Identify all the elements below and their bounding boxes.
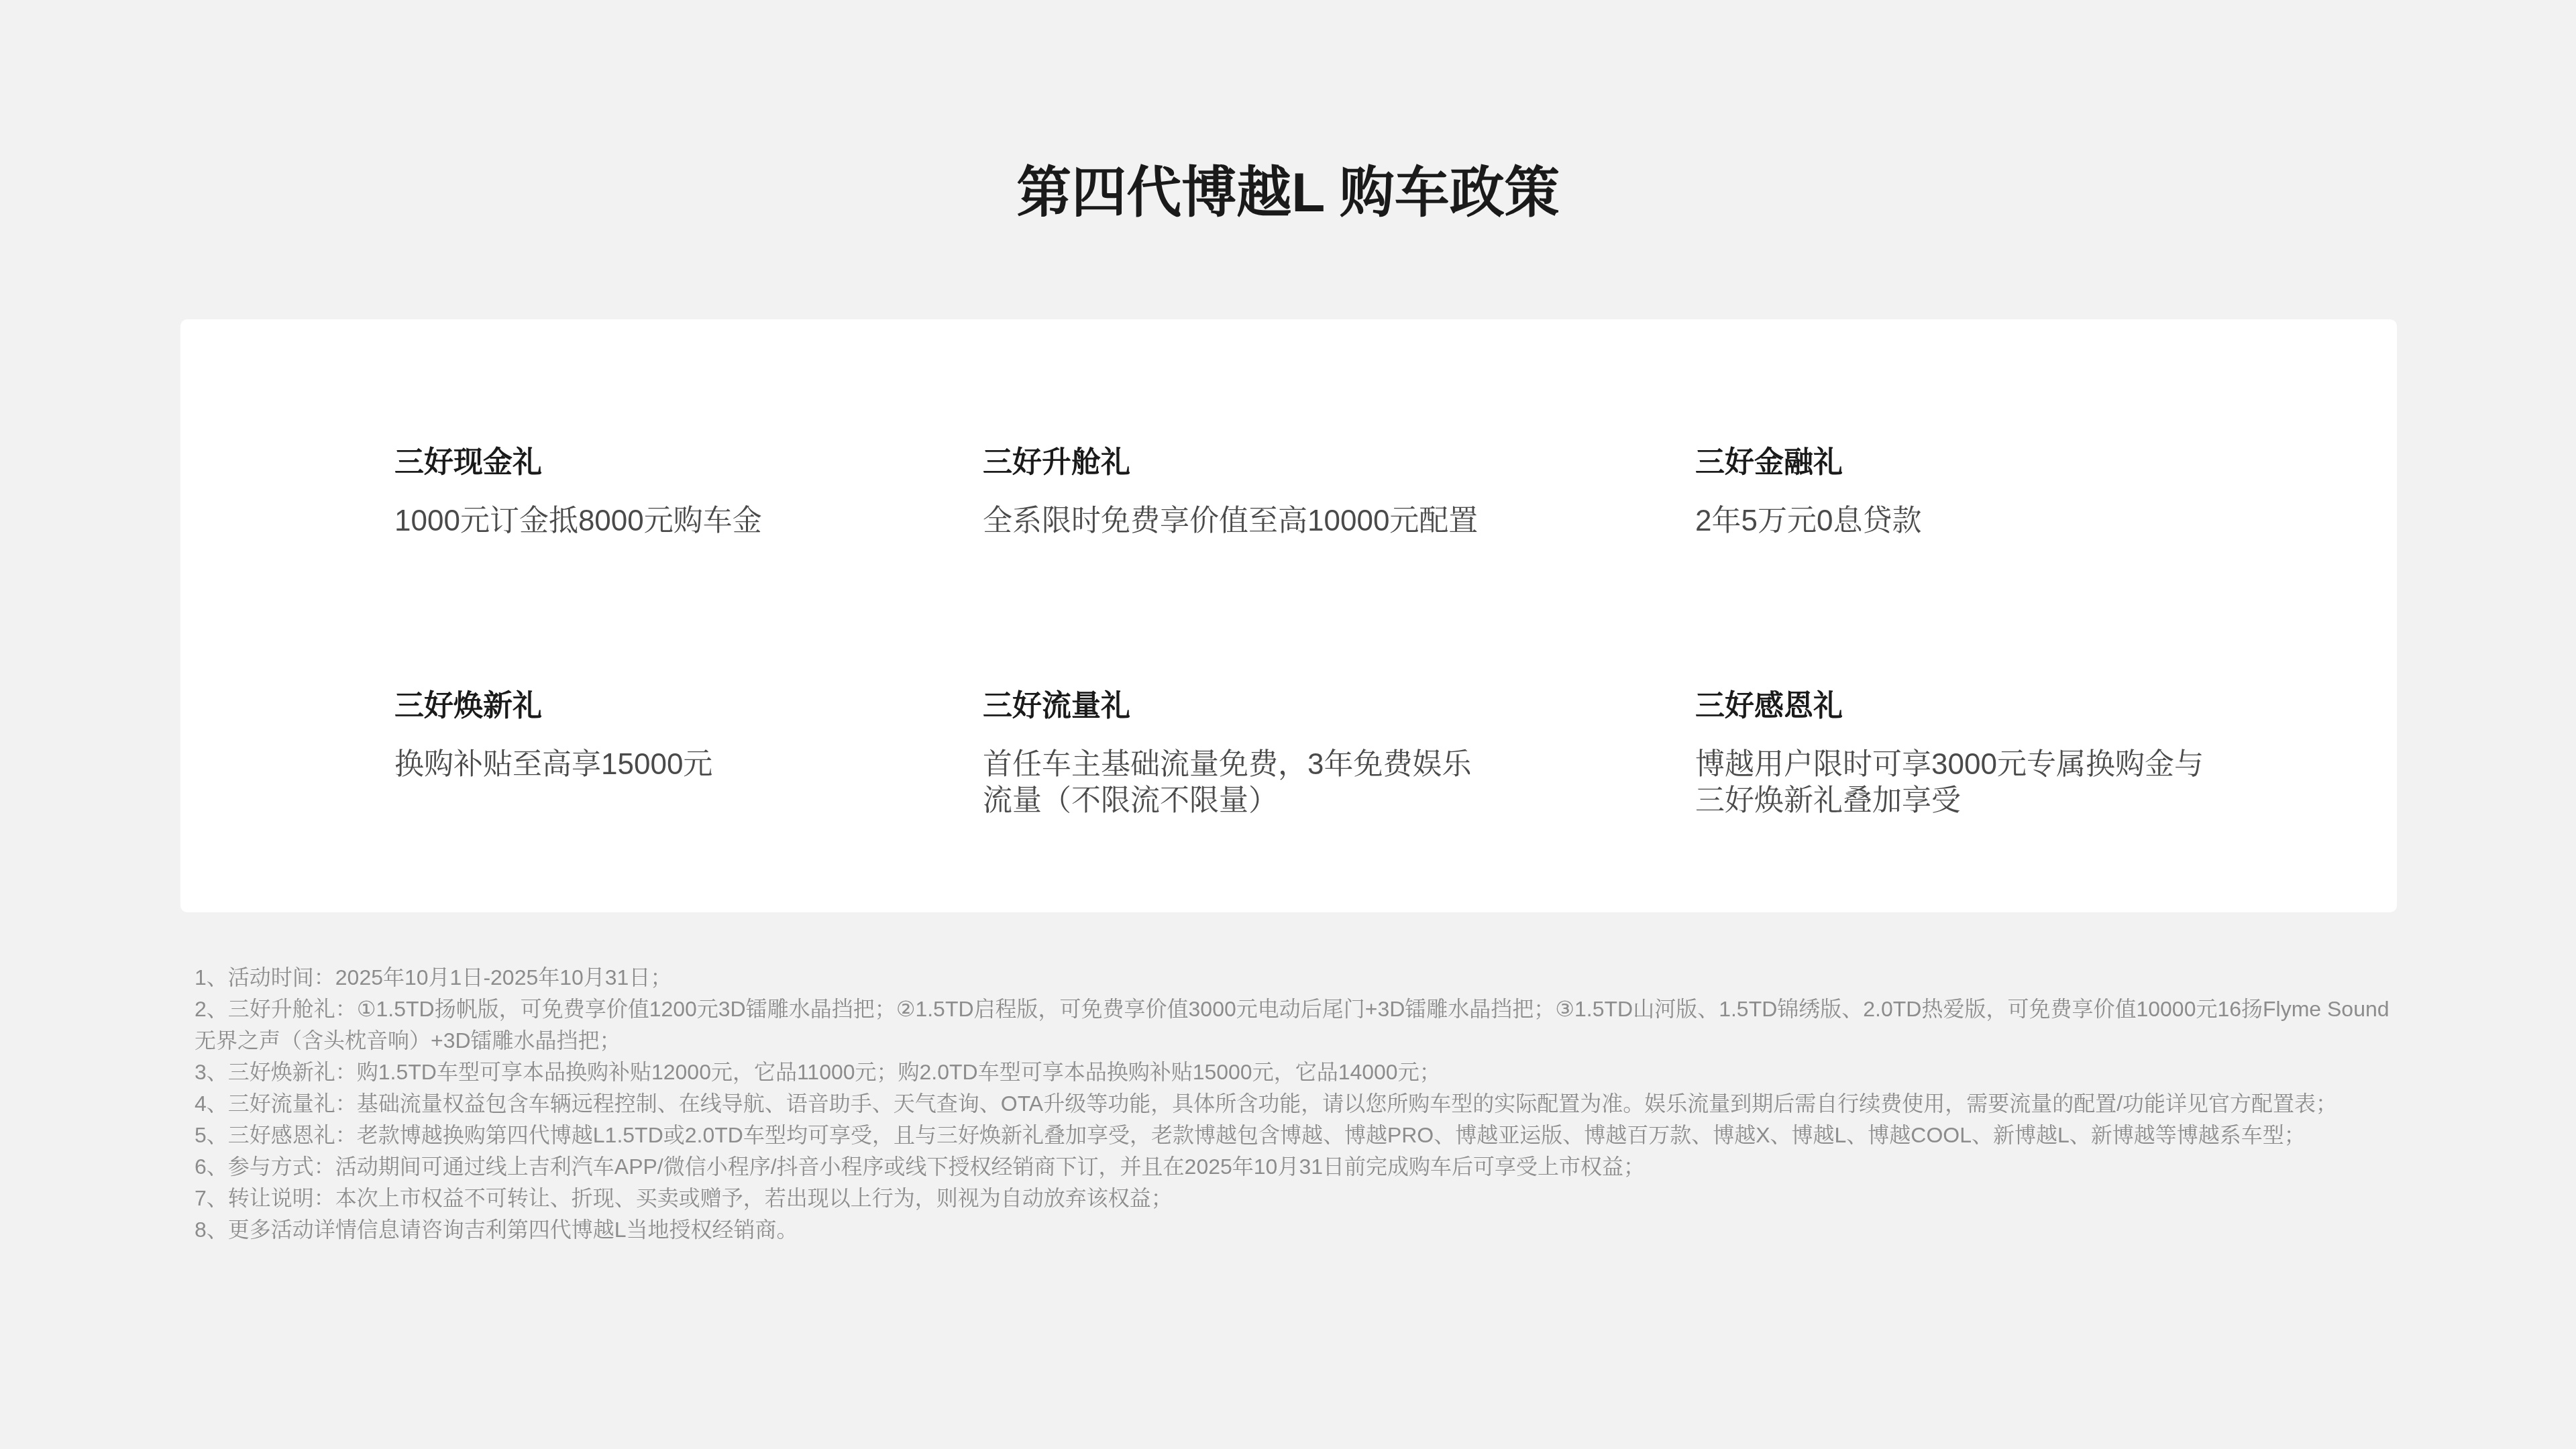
note-item: 1、活动时间：2025年10月1日-2025年10月31日； bbox=[195, 962, 2402, 994]
note-item: 2、三好升舱礼：①1.5TD扬帆版，可免费享价值1200元3D镭雕水晶挡把；②1… bbox=[195, 994, 2402, 1057]
gift-data-plan: 三好流量礼 首任车主基础流量免费，3年免费娱乐流量（不限流不限量） bbox=[983, 688, 1493, 819]
gift-upgrade: 三好升舱礼 全系限时免费享价值至高10000元配置 bbox=[983, 444, 1493, 539]
gift-description: 1000元订金抵8000元购车金 bbox=[394, 503, 904, 539]
gift-cash: 三好现金礼 1000元订金抵8000元购车金 bbox=[394, 444, 904, 539]
note-item: 7、转让说明：本次上市权益不可转让、折现、买卖或赠予，若出现以上行为，则视为自动… bbox=[195, 1183, 2402, 1214]
note-item: 8、更多活动详情信息请咨询吉利第四代博越L当地授权经销商。 bbox=[195, 1214, 2402, 1246]
terms-notes: 1、活动时间：2025年10月1日-2025年10月31日； 2、三好升舱礼：①… bbox=[195, 962, 2402, 1246]
gift-title: 三好流量礼 bbox=[983, 688, 1493, 725]
policy-card: 三好现金礼 1000元订金抵8000元购车金 三好升舱礼 全系限时免费享价值至高… bbox=[180, 319, 2397, 912]
gift-trade-in: 三好焕新礼 换购补贴至高享15000元 bbox=[394, 688, 904, 783]
note-item: 3、三好焕新礼：购1.5TD车型可享本品换购补贴12000元，它品11000元；… bbox=[195, 1057, 2402, 1088]
note-item: 4、三好流量礼：基础流量权益包含车辆远程控制、在线导航、语音助手、天气查询、OT… bbox=[195, 1088, 2402, 1120]
gift-description: 首任车主基础流量免费，3年免费娱乐流量（不限流不限量） bbox=[983, 747, 1493, 819]
gift-description: 换购补贴至高享15000元 bbox=[394, 747, 904, 783]
gift-title: 三好焕新礼 bbox=[394, 688, 904, 725]
gift-loyalty: 三好感恩礼 博越用户限时可享3000元专属换购金与三好焕新礼叠加享受 bbox=[1695, 688, 2205, 819]
gift-title: 三好现金礼 bbox=[394, 444, 904, 482]
page-title: 第四代博越L 购车政策 bbox=[0, 158, 2576, 228]
gift-description: 博越用户限时可享3000元专属换购金与三好焕新礼叠加享受 bbox=[1695, 747, 2205, 819]
gift-title: 三好金融礼 bbox=[1695, 444, 2205, 482]
gift-title: 三好感恩礼 bbox=[1695, 688, 2205, 725]
gift-finance: 三好金融礼 2年5万元0息贷款 bbox=[1695, 444, 2205, 539]
gift-description: 2年5万元0息贷款 bbox=[1695, 503, 2205, 539]
gift-title: 三好升舱礼 bbox=[983, 444, 1493, 482]
note-item: 5、三好感恩礼：老款博越换购第四代博越L1.5TD或2.0TD车型均可享受，且与… bbox=[195, 1120, 2402, 1151]
gift-description: 全系限时免费享价值至高10000元配置 bbox=[983, 503, 1493, 539]
note-item: 6、参与方式：活动期间可通过线上吉利汽车APP/微信小程序/抖音小程序或线下授权… bbox=[195, 1151, 2402, 1183]
